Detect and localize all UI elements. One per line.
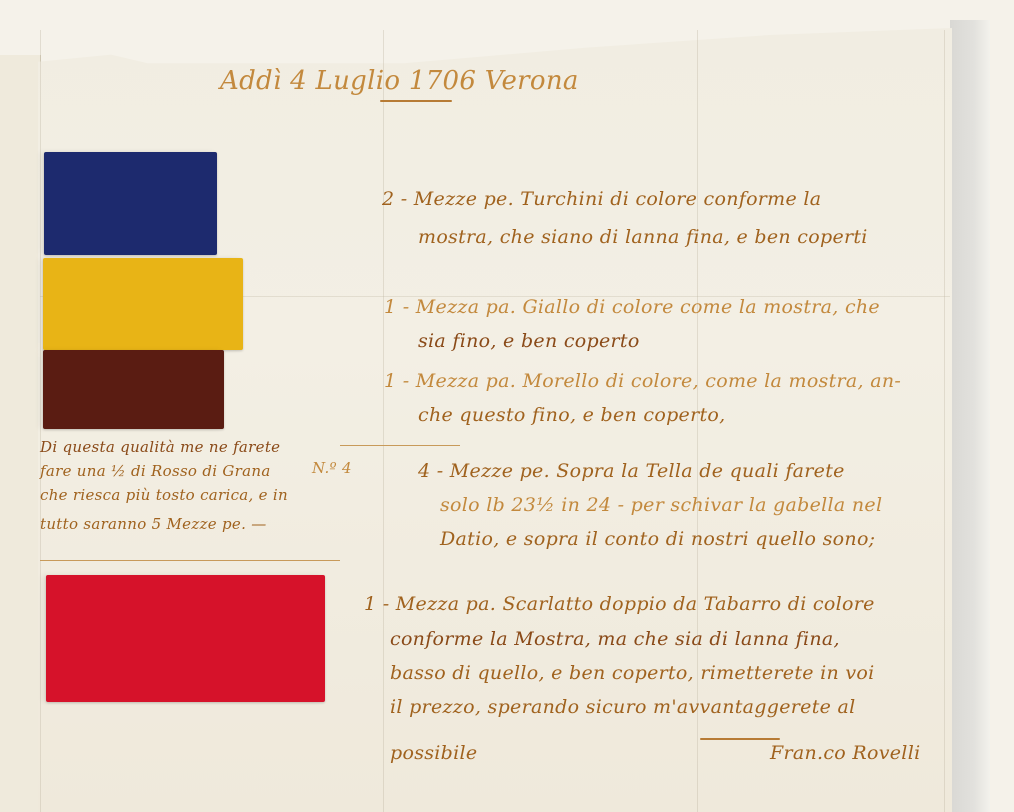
order-line: Datio, e sopra il conto di nostri quello… — [440, 528, 875, 550]
order-line: 1 - Mezza pa. Morello di colore, come la… — [384, 370, 901, 392]
order-line: che questo fino, e ben coperto, — [418, 404, 725, 426]
swatch-red — [46, 575, 325, 702]
left-note-line: fare una ½ di Rosso di Grana — [40, 462, 271, 480]
order-line: sia fino, e ben coperto — [418, 330, 640, 352]
order-line: possibile — [390, 742, 477, 764]
left-note-line: Di questa qualità me ne farete — [40, 438, 280, 456]
swatch-brown — [43, 350, 224, 429]
fold-line — [383, 30, 384, 812]
swatch-yellow — [43, 258, 243, 350]
order-line: 4 - Mezze pe. Sopra la Tella de quali fa… — [418, 460, 845, 482]
signature-flourish — [700, 738, 780, 740]
order-line: 2 - Mezze pe. Turchini di colore conform… — [382, 188, 821, 210]
folded-left-flap — [0, 55, 41, 812]
separator-line — [40, 560, 340, 561]
order-line: il prezzo, sperando sicuro m'avvantagger… — [390, 696, 856, 718]
left-note-line: che riesca più tosto carica, e in — [40, 486, 288, 504]
order-line: conforme la Mostra, ma che sia di lanna … — [390, 628, 840, 650]
order-line: basso di quello, e ben coperto, rimetter… — [390, 662, 875, 684]
fold-line — [944, 30, 945, 812]
dateline: Addì 4 Luglio 1706 Verona — [220, 66, 579, 96]
page-shadow — [950, 20, 990, 812]
order-line: 1 - Mezza pa. Giallo di colore come la m… — [384, 296, 880, 318]
order-line: mostra, che siano di lanna fina, e ben c… — [418, 226, 868, 248]
order-line: solo lb 23½ in 24 - per schivar la gabel… — [440, 494, 882, 516]
date-underline — [380, 100, 452, 102]
left-note-line: tutto saranno 5 Mezze pe. — — [40, 515, 267, 533]
swatch-blue — [44, 152, 217, 255]
order-line: 1 - Mezza pa. Scarlatto doppio da Tabarr… — [364, 593, 875, 615]
margin-number: N.º 4 — [312, 459, 352, 477]
fold-line — [40, 30, 41, 812]
bracket-line — [340, 445, 460, 446]
signature: Fran.co Rovelli — [770, 742, 920, 764]
